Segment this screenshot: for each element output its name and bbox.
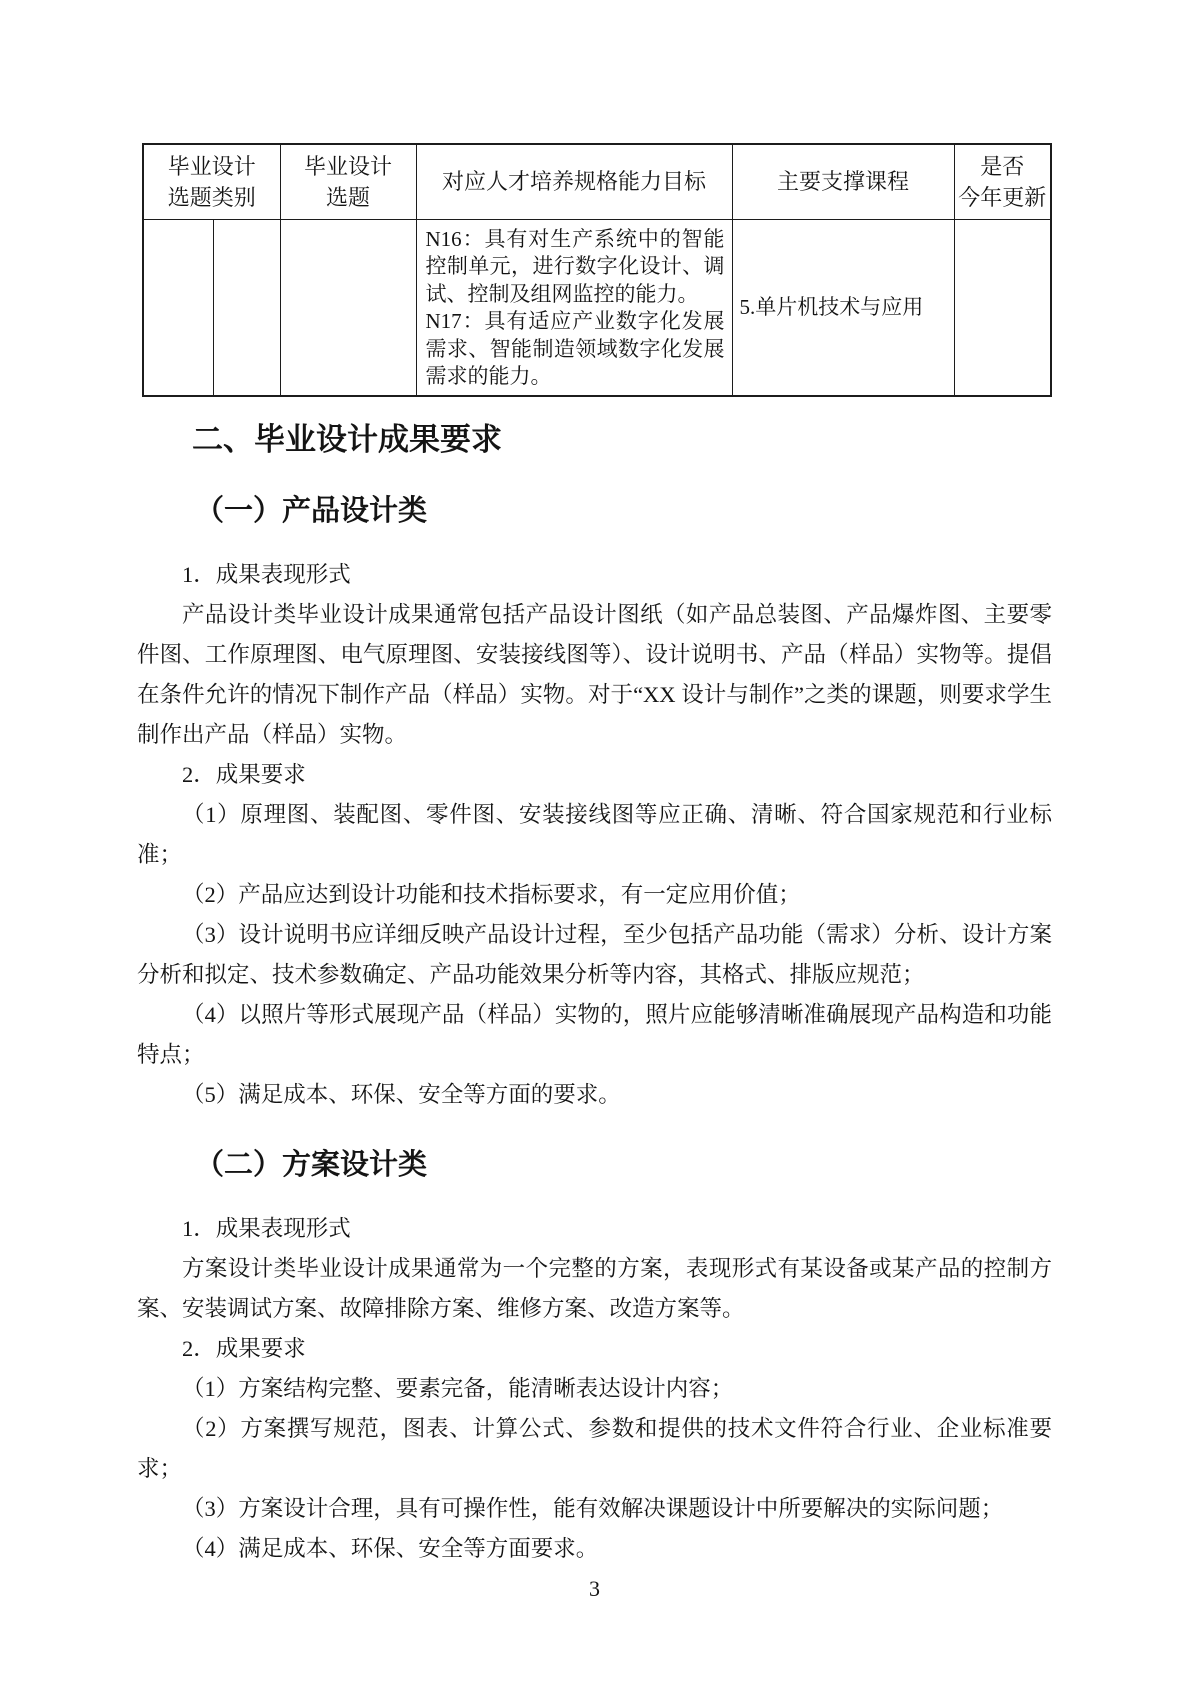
page-content: 毕业设计 选题类别 毕业设计 选题 对应人才培养规格能力目标 主要支撑课程 是否… xyxy=(137,0,1052,1609)
table-row: N16：具有对生产系统中的智能控制单元，进行数字化设计、调试、控制及组网监控的能… xyxy=(143,219,1051,396)
section1-heading: （一）产品设计类 xyxy=(137,491,1052,531)
section2-item-1: 1．成果表现形式 xyxy=(137,1209,1052,1249)
section2-paragraph-1: 方案设计类毕业设计成果通常为一个完整的方案，表现形式有某设备或某产品的控制方案、… xyxy=(137,1249,1052,1329)
main-heading: 二、毕业设计成果要求 xyxy=(137,419,1052,461)
section2-requirement-2: （2）方案撰写规范，图表、计算公式、参数和提供的技术文件符合行业、企业标准要求； xyxy=(137,1409,1052,1489)
header-topic: 毕业设计 选题 xyxy=(280,144,416,219)
cell-topic xyxy=(280,219,416,396)
cell-category-sub2 xyxy=(213,219,280,396)
cell-ability-targets: N16：具有对生产系统中的智能控制单元，进行数字化设计、调试、控制及组网监控的能… xyxy=(416,219,732,396)
section1-requirement-1: （1）原理图、装配图、零件图、安装接线图等应正确、清晰、符合国家规范和行业标准； xyxy=(137,795,1052,875)
section1-requirement-2: （2）产品应达到设计功能和技术指标要求，有一定应用价值； xyxy=(137,875,1052,915)
section1-paragraph-1: 产品设计类毕业设计成果通常包括产品设计图纸（如产品总装图、产品爆炸图、主要零件图… xyxy=(137,595,1052,755)
cell-updated-this-year xyxy=(954,219,1051,396)
cell-category-sub1 xyxy=(143,219,213,396)
header-supporting-course: 主要支撑课程 xyxy=(732,144,954,219)
topic-ability-table: 毕业设计 选题类别 毕业设计 选题 对应人才培养规格能力目标 主要支撑课程 是否… xyxy=(142,143,1052,397)
section1-item-1: 1．成果表现形式 xyxy=(137,555,1052,595)
document-page: 毕业设计 选题类别 毕业设计 选题 对应人才培养规格能力目标 主要支撑课程 是否… xyxy=(0,0,1191,1684)
table-header-row: 毕业设计 选题类别 毕业设计 选题 对应人才培养规格能力目标 主要支撑课程 是否… xyxy=(143,144,1051,219)
cell-supporting-course: 5.单片机技术与应用 xyxy=(732,219,954,396)
section1-requirement-5: （5）满足成本、环保、安全等方面的要求。 xyxy=(137,1075,1052,1115)
section1-item-2: 2．成果要求 xyxy=(137,755,1052,795)
section2-requirement-3: （3）方案设计合理，具有可操作性，能有效解决课题设计中所要解决的实际问题； xyxy=(137,1489,1052,1529)
section2-requirement-4: （4）满足成本、环保、安全等方面要求。 xyxy=(137,1529,1052,1569)
section2-requirement-1: （1）方案结构完整、要素完备，能清晰表达设计内容； xyxy=(137,1369,1052,1409)
header-ability-targets: 对应人才培养规格能力目标 xyxy=(416,144,732,219)
section1-requirement-4: （4）以照片等形式展现产品（样品）实物的，照片应能够清晰准确展现产品构造和功能特… xyxy=(137,995,1052,1075)
section2-item-2: 2．成果要求 xyxy=(137,1329,1052,1369)
section1-requirement-3: （3）设计说明书应详细反映产品设计过程，至少包括产品功能（需求）分析、设计方案分… xyxy=(137,915,1052,995)
header-topic-category: 毕业设计 选题类别 xyxy=(143,144,280,219)
page-number: 3 xyxy=(137,1569,1052,1609)
header-updated-this-year: 是否 今年更新 xyxy=(954,144,1051,219)
section2-heading: （二）方案设计类 xyxy=(137,1145,1052,1185)
